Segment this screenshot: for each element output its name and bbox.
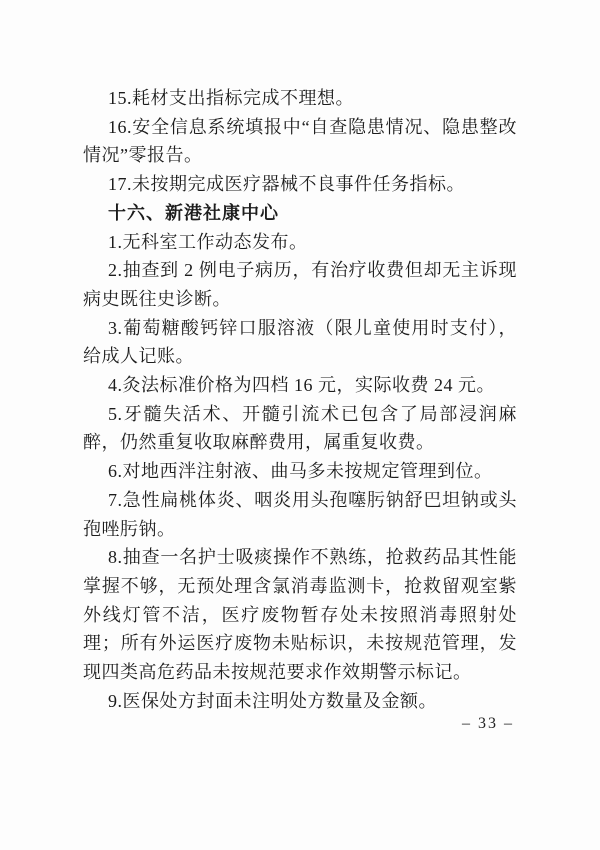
list-item-16: 16.安全信息系统填报中“自查隐患情况、隐患整改情况”零报告。: [83, 113, 517, 170]
section-item-2: 2.抽查到 2 例电子病历，有治疗收费但却无主诉现病史既往史诊断。: [83, 256, 517, 313]
section-item-1: 1.无科室工作动态发布。: [83, 228, 517, 257]
page-number: – 33 –: [462, 715, 514, 733]
section-item-4: 4.灸法标准价格为四档 16 元，实际收费 24 元。: [83, 371, 517, 400]
document-body: 15.耗材支出指标完成不理想。 16.安全信息系统填报中“自查隐患情况、隐患整改…: [83, 84, 517, 715]
section-item-8: 8.抽查一名护士吸痰操作不熟练，抢救药品其性能掌握不够，无预处理含氯消毒监测卡，…: [83, 543, 517, 687]
section-item-5: 5.牙髓失活术、开髓引流术已包含了局部浸润麻醉，仍然重复收取麻醉费用，属重复收费…: [83, 400, 517, 457]
section-item-9: 9.医保处方封面未注明处方数量及金额。: [83, 687, 517, 716]
section-item-3: 3.葡萄糖酸钙锌口服溶液（限儿童使用时支付），给成人记账。: [83, 314, 517, 371]
document-page: 15.耗材支出指标完成不理想。 16.安全信息系统填报中“自查隐患情况、隐患整改…: [0, 0, 600, 850]
section-item-7: 7.急性扁桃体炎、咽炎用头孢噻肟钠舒巴坦钠或头孢唑肟钠。: [83, 486, 517, 543]
section-item-6: 6.对地西泮注射液、曲马多未按规定管理到位。: [83, 457, 517, 486]
list-item-15: 15.耗材支出指标完成不理想。: [83, 84, 517, 113]
list-item-17: 17.未按期完成医疗器械不良事件任务指标。: [83, 170, 517, 199]
section-heading: 十六、新港社康中心: [83, 199, 517, 228]
